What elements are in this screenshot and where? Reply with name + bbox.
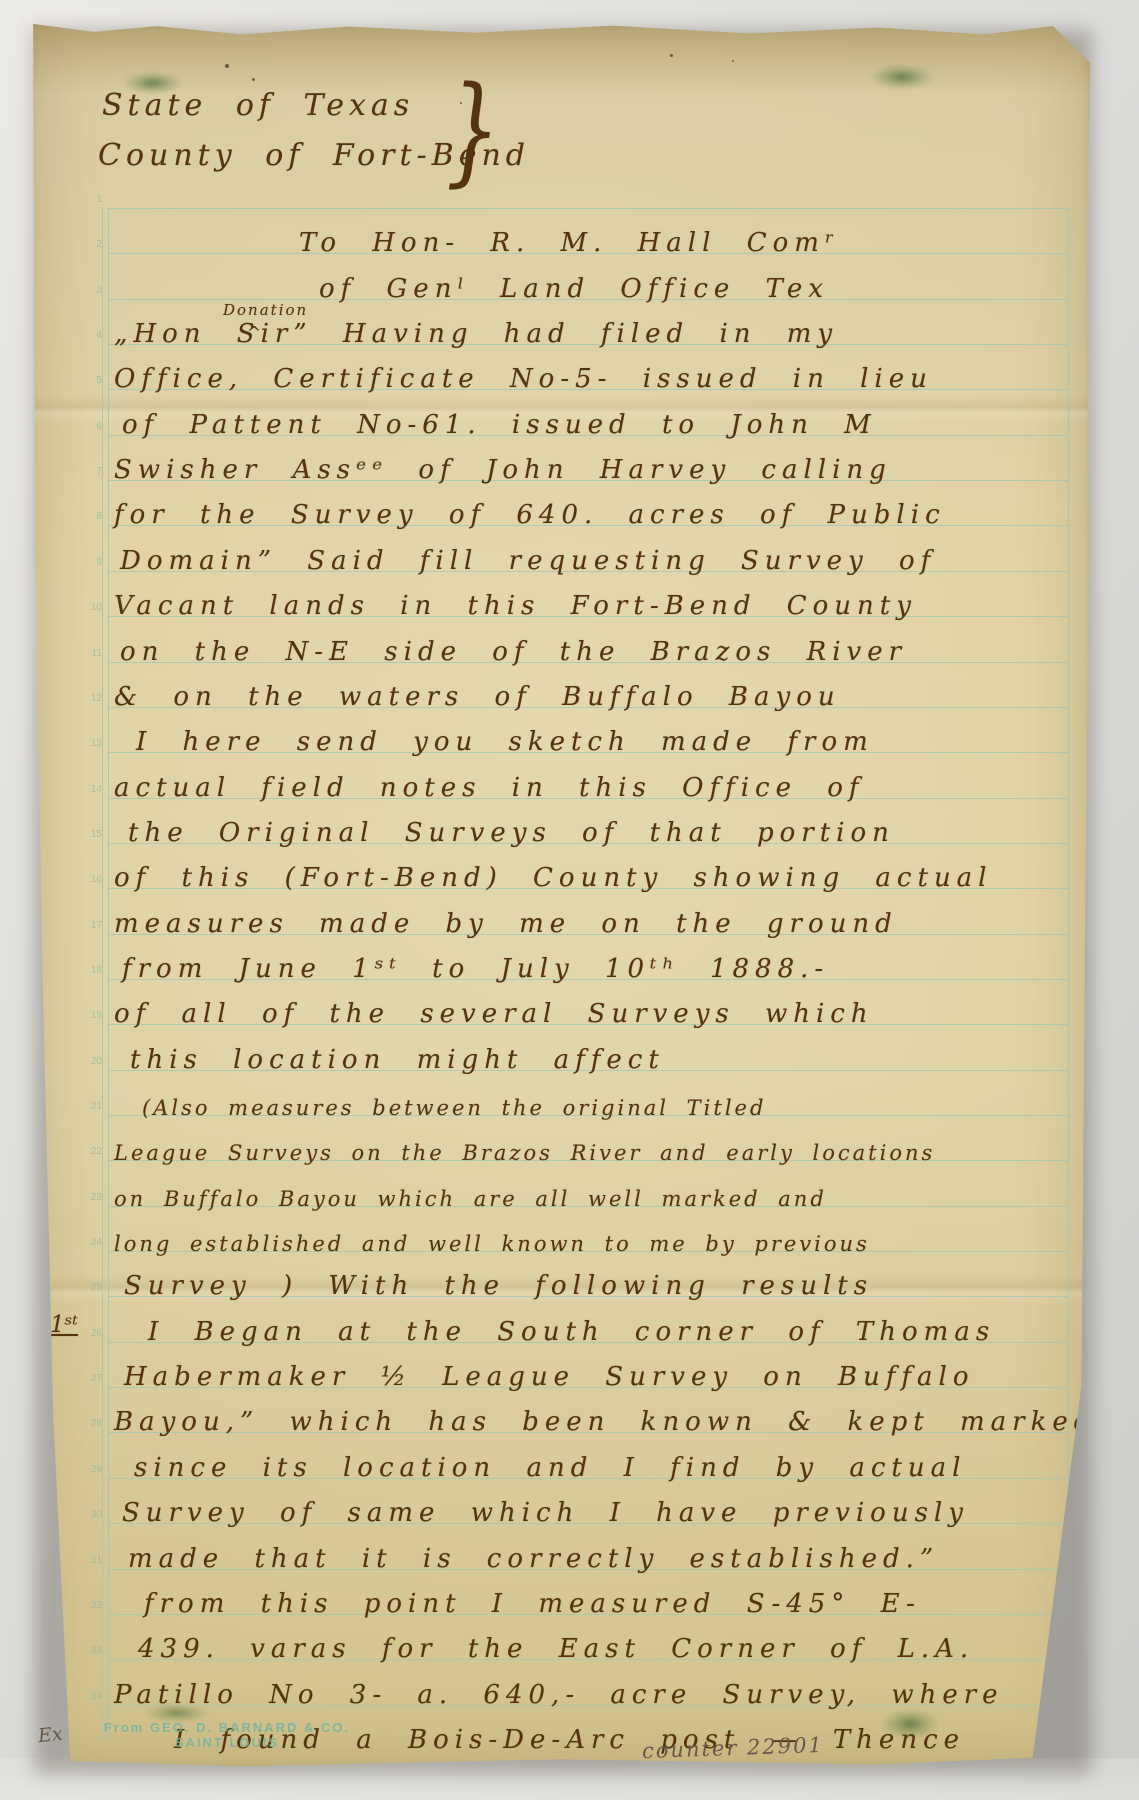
line-number: 28 <box>68 1418 102 1429</box>
ink-speck <box>225 64 229 68</box>
scanned-document: 1234567891011121314151617181920212223242… <box>0 0 1139 1800</box>
ink-smudge <box>114 68 192 98</box>
printed-footer: From GEO. D. BARNARD & CO. SAINT LOUIS <box>72 1720 382 1750</box>
manuscript-line: for the Survey of 640. acres of Public <box>114 492 946 538</box>
line-number: 6 <box>68 421 102 432</box>
line-number: 9 <box>68 557 102 568</box>
ink-speck <box>732 60 734 62</box>
inserted-word: Donation ^ <box>223 301 308 319</box>
manuscript-line: Patillo No 3- a. 640,- acre Survey, wher… <box>114 1672 1004 1718</box>
line-number: 32 <box>68 1600 102 1611</box>
printed-footer-city: SAINT LOUIS <box>72 1735 382 1750</box>
line-number: 8 <box>68 511 102 522</box>
line-number: 12 <box>68 693 102 704</box>
line-number: 24 <box>68 1237 102 1248</box>
line-number: 2 <box>68 239 102 250</box>
manuscript-line: To Hon- R. M. Hall Comʳ <box>299 220 840 266</box>
manuscript-line: Domain” Said fill requesting Survey of <box>120 538 936 584</box>
manuscript-line: on Buffalo Bayou which are all well mark… <box>114 1176 827 1222</box>
line-number: 14 <box>68 784 102 795</box>
ink-smudge <box>134 1700 220 1726</box>
manuscript-line: I Began at the South corner of Thomas <box>148 1309 995 1355</box>
line-number: 21 <box>68 1101 102 1112</box>
manuscript-line: measures made by me on the ground <box>114 901 898 947</box>
line-number: 23 <box>68 1192 102 1203</box>
manuscript-line: Survey of same which I have previously <box>122 1490 969 1536</box>
manuscript-line: 439. varas for the East Corner of L.A. <box>138 1626 974 1672</box>
line-number: 18 <box>68 965 102 976</box>
manuscript-line: from June 1ˢᵗ to July 10ᵗʰ 1888.- <box>122 946 829 992</box>
line-number: 3 <box>68 285 102 296</box>
manuscript-line: actual field notes in this Office of <box>114 765 865 811</box>
line-number: 29 <box>68 1464 102 1475</box>
ink-smudge <box>860 60 944 94</box>
manuscript-line: from this point I measured S-45° E- <box>144 1581 921 1627</box>
manuscript-line: this location might affect <box>130 1037 665 1083</box>
manuscript-line: Bayou,” which has been known & kept mark… <box>114 1399 1096 1445</box>
line-number: 17 <box>68 920 102 931</box>
caret-mark: ^ <box>247 323 263 343</box>
line-number: 20 <box>68 1056 102 1067</box>
left-margin-line <box>102 208 103 1739</box>
line-number: 25 <box>68 1282 102 1293</box>
ink-speck <box>252 78 255 81</box>
manuscript-line: of Pattent No-61. issued to John M <box>122 402 877 448</box>
left-margin-line <box>108 208 109 1739</box>
manuscript-line: long established and well known to me by… <box>114 1221 870 1267</box>
ink-speck <box>460 102 462 104</box>
inserted-word-text: Donation <box>223 301 308 319</box>
manuscript-line: Office, Certificate No-5- issued in lieu <box>114 356 933 402</box>
manuscript-line: Vacant lands in this Fort-Bend County <box>114 583 917 629</box>
line-number: 22 <box>68 1146 102 1157</box>
ink-smudge <box>872 1704 948 1744</box>
manuscript-line: of all of the several Surveys which <box>114 991 874 1037</box>
pencil-corner-mark: Ex <box>37 1723 64 1747</box>
line-number: 7 <box>68 466 102 477</box>
line-number: 10 <box>68 602 102 613</box>
manuscript-line: of this (Fort-Bend) County showing actua… <box>114 855 993 901</box>
manuscript-line: on the N-E side of the Brazos River <box>120 629 907 675</box>
line-number: 4 <box>68 330 102 341</box>
line-number: 27 <box>68 1373 102 1384</box>
manuscript-line: of Genˡ Land Office Tex <box>319 266 829 312</box>
line-number: 30 <box>68 1509 102 1520</box>
line-number: 5 <box>68 375 102 386</box>
manuscript-line: & on the waters of Buffalo Bayou <box>114 674 841 720</box>
margin-note-first: 1ˢᵗ <box>50 1312 78 1338</box>
line-number: 16 <box>68 874 102 885</box>
manuscript-line: League Surveys on the Brazos River and e… <box>114 1130 935 1176</box>
manuscript-line: (Also measures between the original Titl… <box>142 1085 766 1131</box>
line-number: 33 <box>68 1645 102 1656</box>
line-number: 15 <box>68 829 102 840</box>
ruled-line: 1 <box>108 208 1068 209</box>
line-number: 19 <box>68 1010 102 1021</box>
manuscript-line: I here send you sketch made from <box>136 719 874 765</box>
ink-speck <box>670 54 673 57</box>
line-number: 11 <box>68 648 102 659</box>
manuscript-line: made that it is correctly established.” <box>128 1536 939 1582</box>
manuscript-line: Survey ) With the following results <box>124 1263 873 1309</box>
printed-footer-company: From GEO. D. BARNARD & CO. <box>72 1720 382 1735</box>
line-number: 13 <box>68 738 102 749</box>
manuscript-line: since its location and I find by actual <box>134 1445 966 1491</box>
manuscript-line: Swisher Assᵉᵉ of John Harvey calling <box>114 447 892 493</box>
heading-brace: } <box>446 60 500 198</box>
document-page: 1234567891011121314151617181920212223242… <box>30 24 1090 1768</box>
line-number: 31 <box>68 1555 102 1566</box>
manuscript-line: the Original Surveys of that portion <box>128 810 895 856</box>
line-number: 1 <box>68 194 102 205</box>
line-number: 34 <box>68 1691 102 1702</box>
manuscript-line: Habermaker ½ League Survey on Buffalo <box>124 1354 975 1400</box>
